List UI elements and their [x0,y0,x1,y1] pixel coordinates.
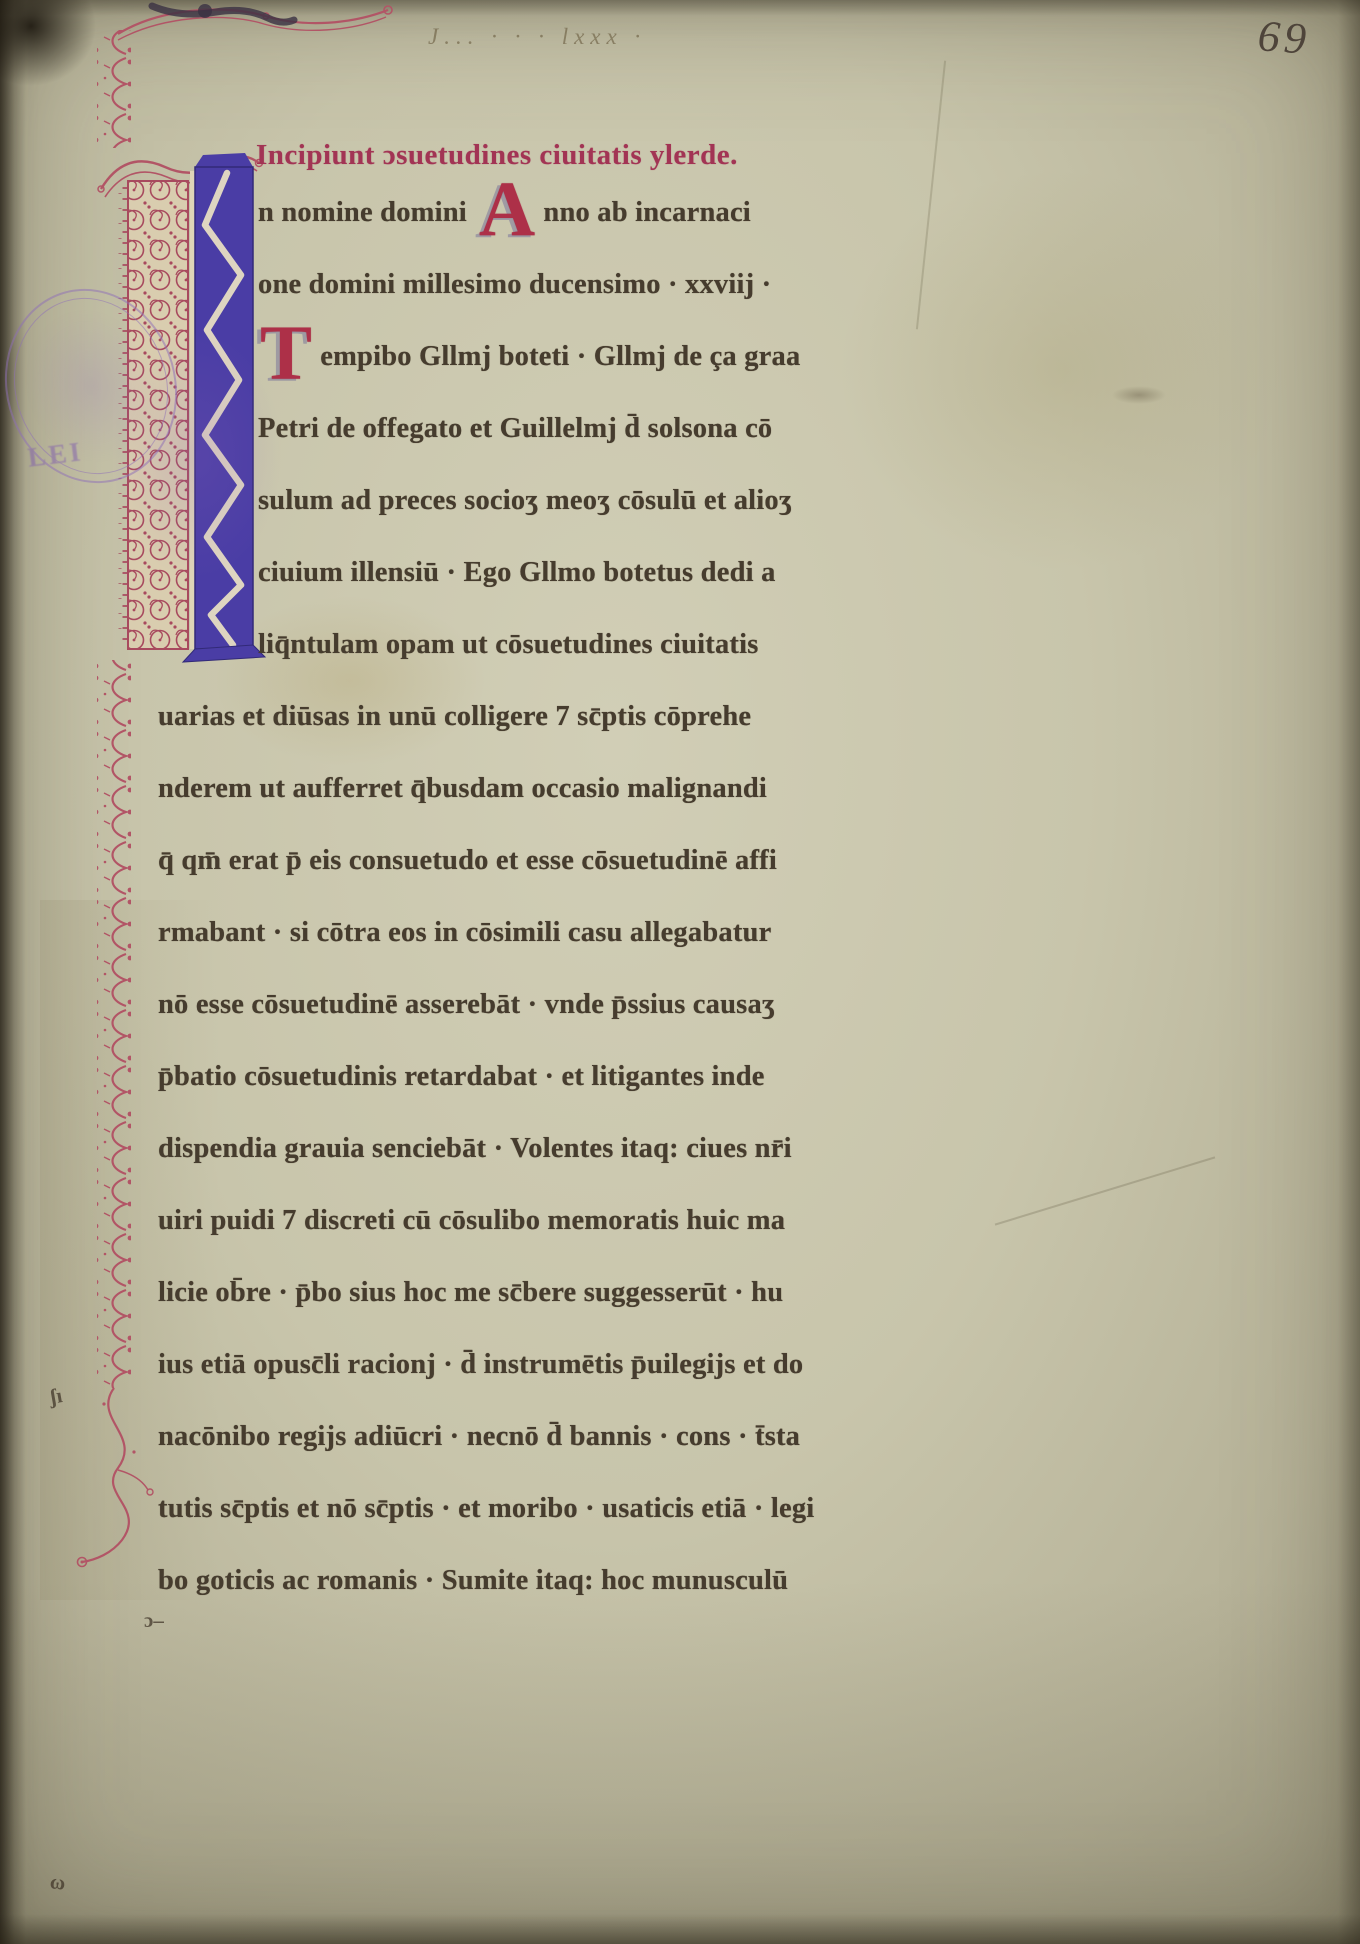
margin-mark: ω [49,1869,67,1895]
page-edge-shadow-right [1338,0,1360,1944]
line-text: dispendia grauia senciebāt · Volentes it… [158,1133,792,1164]
line-text: liq̄ntulam opam ut cōsuetudines ciuitati… [258,629,759,660]
text-line: nacōnibo regijs adiūcri · necnō d̄ banni… [158,1414,958,1486]
text-line: ciuium illensiū · Ego Gllmo botetus dedi… [158,550,958,622]
text-line: rmabant · si cōtra eos in cōsimili casu … [158,910,958,982]
text-line: uarias et diūsas in unū colligere 7 sc̄p… [158,694,958,766]
text-line: bo goticis ac romanis · Sumite itaq: hoc… [158,1558,958,1630]
text-line: uiri puidi 7 discreti cū cōsulibo memora… [158,1198,958,1270]
ink-smudge [1112,386,1166,404]
text-line: liq̄ntulam opam ut cōsuetudines ciuitati… [158,622,958,694]
line-text: ius etiā opusc̄li racionj · d̄ instrumēt… [158,1349,803,1380]
text-line: q̄ qm̄ erat p̄ eis consuetudo et esse cō… [158,838,958,910]
text-line: nō esse cōsuetudinē asserebāt · vnde p̄s… [158,982,958,1054]
text-line: dispendia grauia senciebāt · Volentes it… [158,1126,958,1198]
text-line: Tempibo Gllmj boteti · Gllmj de ça graa [158,334,958,406]
text-line: licie ob̄re · p̄bo sius hoc me sc̄bere s… [158,1270,958,1342]
header-inscription: J... · · · lxxx · [428,24,646,50]
text-block: n nomine dominiAnno ab incarnaci one dom… [158,190,958,1630]
line-text: p̄batio cōsuetudinis retardabat · et lit… [158,1061,765,1092]
line-text-before-versal: n nomine domini [258,197,467,228]
line-text: tutis sc̄ptis et nō sc̄ptis · et moribo … [158,1493,814,1524]
line-text: licie ob̄re · p̄bo sius hoc me sc̄bere s… [158,1277,783,1308]
line-text: nderem ut aufferret q̄busdam occasio mal… [158,773,767,804]
line-text: nno ab incarnaci [543,197,751,228]
text-line: tutis sc̄ptis et nō sc̄ptis · et moribo … [158,1486,958,1558]
line-text: nacōnibo regijs adiūcri · necnō d̄ banni… [158,1421,800,1452]
line-text: one domini millesimo ducensimo · xxviij … [258,269,771,300]
versal-initial: T [260,328,312,378]
folio-number: 69 [1256,10,1311,65]
text-line: n nomine dominiAnno ab incarnaci [158,190,958,262]
line-text: uarias et diūsas in unū colligere 7 sc̄p… [158,701,751,732]
parchment-crease [995,1156,1216,1225]
margin-mark: ɔ– [144,1608,164,1633]
text-line: nderem ut aufferret q̄busdam occasio mal… [158,766,958,838]
line-text: bo goticis ac romanis · Sumite itaq: hoc… [158,1565,788,1596]
line-text: q̄ qm̄ erat p̄ eis consuetudo et esse cō… [158,845,777,876]
text-line: Petri de offegato et Guillelmj d̄ solson… [158,406,958,478]
line-text: uiri puidi 7 discreti cū cōsulibo memora… [158,1205,785,1236]
line-text: nō esse cōsuetudinē asserebāt · vnde p̄s… [158,989,775,1020]
text-line: ius etiā opusc̄li racionj · d̄ instrumēt… [158,1342,958,1414]
line-text: rmabant · si cōtra eos in cōsimili casu … [158,917,771,948]
line-text: ciuium illensiū · Ego Gllmo botetus dedi… [258,557,776,588]
line-text: Petri de offegato et Guillelmj d̄ solson… [258,413,772,444]
text-line: sulum ad preces socioʒ meoʒ cōsulū et al… [158,478,958,550]
text-line: p̄batio cōsuetudinis retardabat · et lit… [158,1054,958,1126]
line-text: empibo Gllmj boteti · Gllmj de ça graa [320,341,800,372]
versal-initial: A [479,184,536,234]
line-text: sulum ad preces socioʒ meoʒ cōsulū et al… [258,485,792,516]
manuscript-page: I LEI 69 J... · · · lxxx · Incipiunt ɔsu… [0,0,1360,1944]
